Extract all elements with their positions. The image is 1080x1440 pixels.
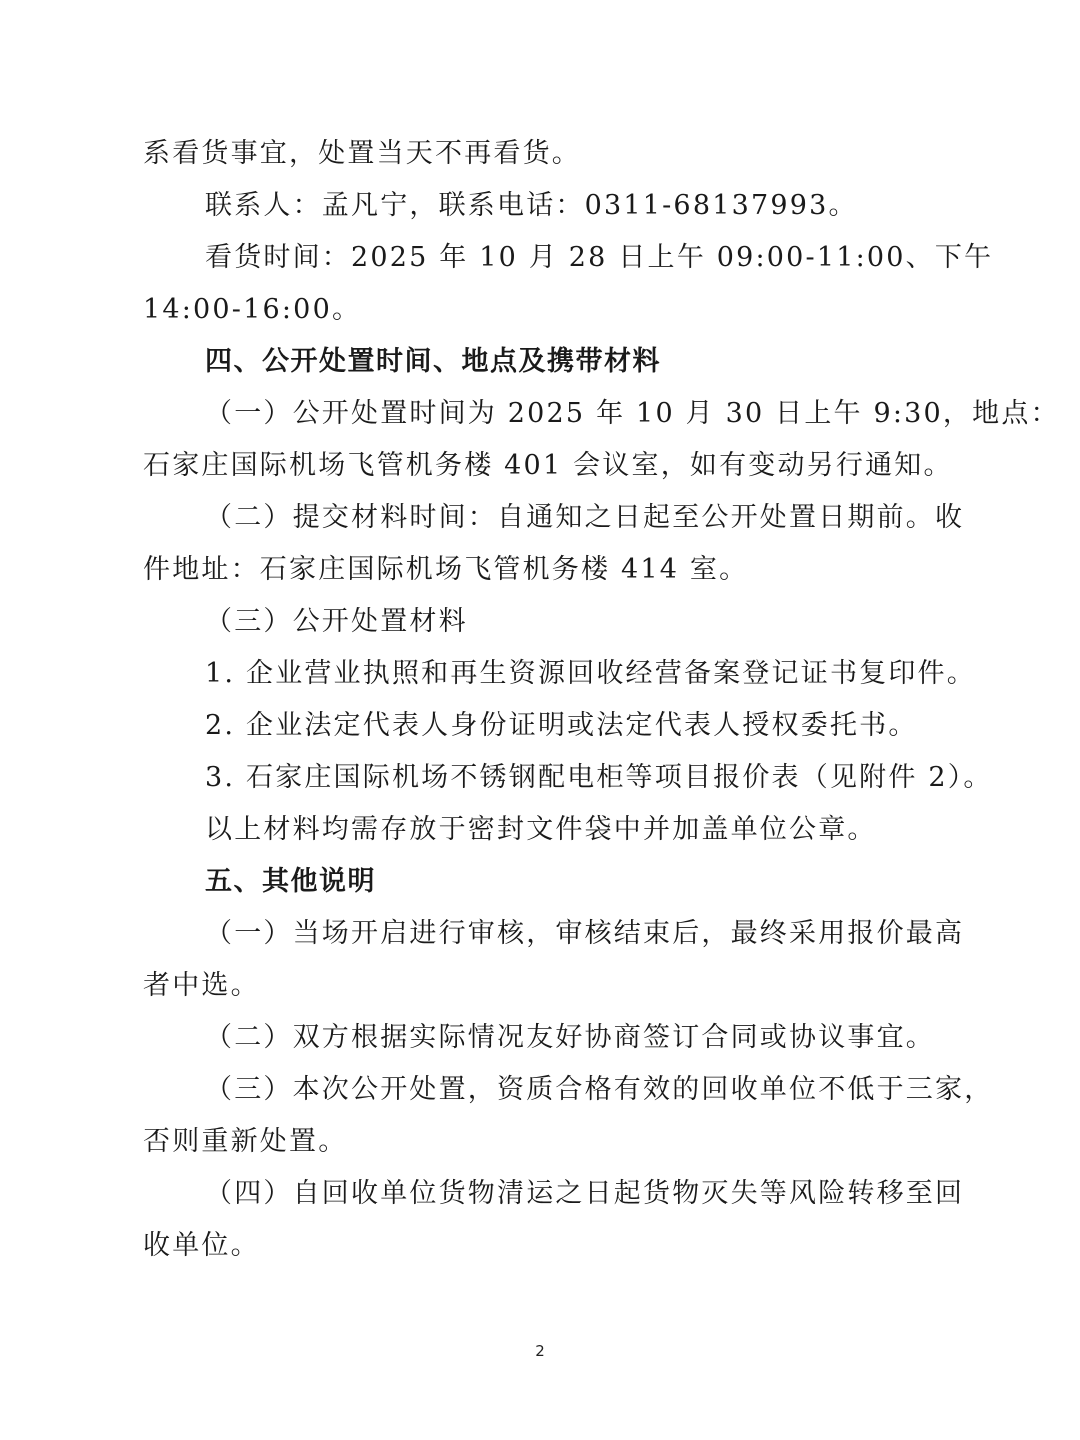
other-item-1-cont: 者中选。 [143, 960, 947, 1012]
other-item-1: （一）当场开启进行审核，审核结束后，最终采用报价最高 [143, 908, 947, 960]
section-heading-5: 五、其他说明 [143, 856, 947, 908]
other-item-3: （三）本次公开处置，资质合格有效的回收单位不低于三家， [143, 1064, 947, 1116]
contact-line: 联系人：孟凡宁，联系电话：0311-68137993。 [143, 180, 947, 232]
page-number: 2 [0, 1342, 1080, 1360]
submission-address-line: 件地址：石家庄国际机场飞管机务楼 414 室。 [143, 544, 947, 596]
viewing-time-line-cont: 14:00-16:00。 [143, 284, 947, 336]
viewing-time-line: 看货时间：2025 年 10 月 28 日上午 09:00-11:00、下午 [143, 232, 947, 284]
other-item-3-cont: 否则重新处置。 [143, 1116, 947, 1168]
other-item-4-cont: 收单位。 [143, 1220, 947, 1272]
document-page: 系看货事宜，处置当天不再看货。 联系人：孟凡宁，联系电话：0311-681379… [143, 128, 947, 1272]
materials-subheading: （三）公开处置材料 [143, 596, 947, 648]
submission-time-line: （二）提交材料时间：自通知之日起至公开处置日期前。收 [143, 492, 947, 544]
disposal-location-line: 石家庄国际机场飞管机务楼 401 会议室，如有变动另行通知。 [143, 440, 947, 492]
materials-item-1: 1. 企业营业执照和再生资源回收经营备案登记证书复印件。 [143, 648, 947, 700]
materials-item-3: 3. 石家庄国际机场不锈钢配电柜等项目报价表（见附件 2）。 [143, 752, 947, 804]
other-item-2: （二）双方根据实际情况友好协商签订合同或协议事宜。 [143, 1012, 947, 1064]
materials-note: 以上材料均需存放于密封文件袋中并加盖单位公章。 [143, 804, 947, 856]
section-heading-4: 四、公开处置时间、地点及携带材料 [143, 336, 947, 388]
body-line: 系看货事宜，处置当天不再看货。 [143, 128, 947, 180]
disposal-time-line: （一）公开处置时间为 2025 年 10 月 30 日上午 9:30，地点： [143, 388, 947, 440]
other-item-4: （四）自回收单位货物清运之日起货物灭失等风险转移至回 [143, 1168, 947, 1220]
materials-item-2: 2. 企业法定代表人身份证明或法定代表人授权委托书。 [143, 700, 947, 752]
